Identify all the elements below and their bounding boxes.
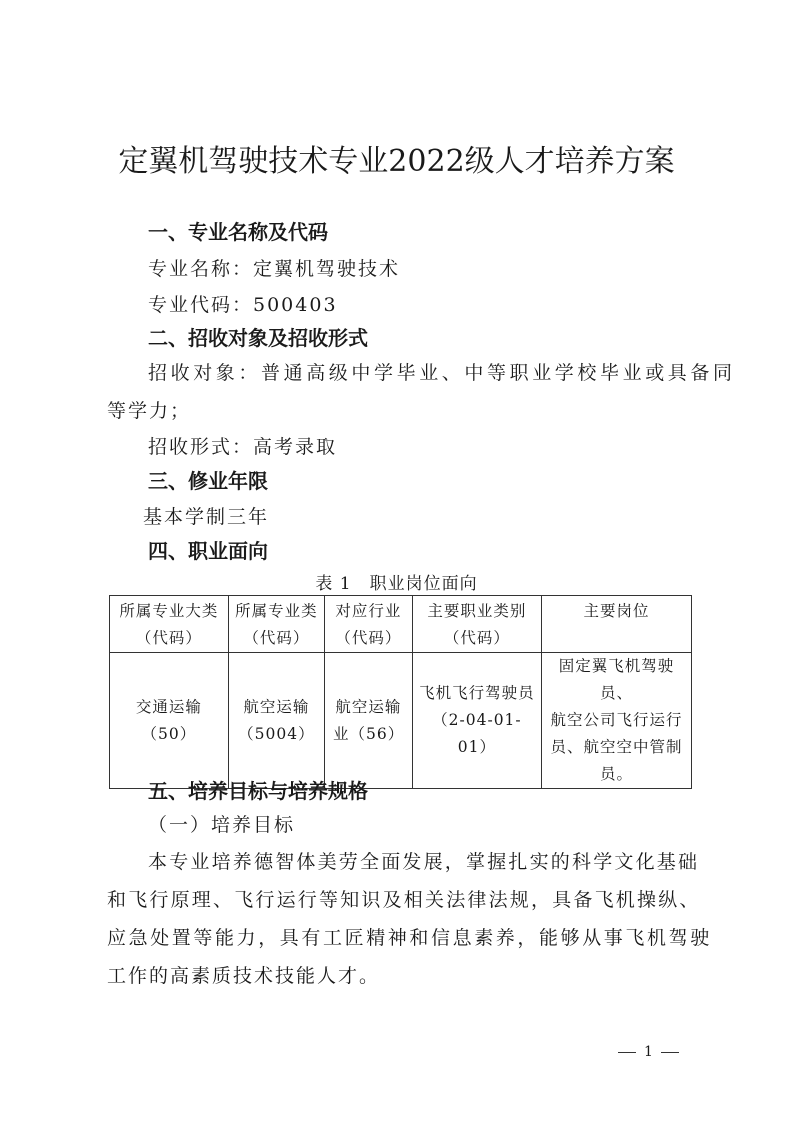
header-text: 主要职业类别	[415, 598, 539, 625]
header-cell: 所属专业大类 （代码）	[110, 596, 229, 653]
major-name: 专业名称：定翼机驾驶技术	[148, 254, 400, 281]
objective-line4: 工作的高素质技术技能人才。	[107, 961, 380, 988]
header-cell: 主要岗位	[542, 596, 692, 653]
objective-line3: 应急处置等能力，具有工匠精神和信息素养，能够从事飞机驾驶	[107, 923, 712, 950]
table-header-row: 所属专业大类 （代码） 所属专业类 （代码） 对应行业 （代码） 主要职业类别 …	[110, 596, 692, 653]
section-heading-3: 三、修业年限	[148, 465, 268, 494]
major-code: 专业代码：500403	[148, 290, 338, 317]
cell-text: 员、航空空中管制	[544, 734, 689, 761]
header-cell: 对应行业 （代码）	[324, 596, 412, 653]
section-heading-2: 二、招收对象及招收形式	[148, 322, 368, 351]
objective-line2: 和飞行原理、飞行运行等知识及相关法律法规，具备飞机操纵、	[107, 885, 701, 912]
cell-code: （50）	[112, 721, 226, 748]
section-heading-5: 五、培养目标与培养规格	[148, 775, 368, 804]
cell-text: 航空公司飞行运行	[544, 707, 689, 734]
header-text: 所属专业类	[231, 598, 322, 625]
header-code: （代码）	[112, 625, 226, 652]
page-number: 1	[610, 1044, 687, 1060]
header-code: （代码）	[231, 625, 322, 652]
header-cell: 所属专业类 （代码）	[228, 596, 324, 653]
table-cell: 固定翼飞机驾驶员、 航空公司飞行运行 员、航空空中管制 员。	[542, 653, 692, 789]
header-text: 主要岗位	[544, 598, 689, 625]
dash-right	[661, 1052, 679, 1053]
cell-code: （2-04-01- 01）	[415, 707, 539, 761]
cell-code: 业（56）	[327, 721, 410, 748]
study-duration: 基本学制三年	[143, 502, 269, 529]
cell-text: 航空运输	[231, 694, 322, 721]
header-code: （代码）	[327, 625, 410, 652]
header-cell: 主要职业类别 （代码）	[412, 596, 541, 653]
cell-text: 飞机飞行驾驶员	[415, 680, 539, 707]
section-heading-1: 一、专业名称及代码	[148, 216, 328, 245]
subsection-heading-1: （一）培养目标	[148, 810, 295, 837]
page-number-text: 1	[644, 1044, 653, 1060]
table-cell: 航空运输 业（56）	[324, 653, 412, 789]
table-caption: 表 1 职业岗位面向	[0, 569, 793, 594]
enrollment-target-line2: 等学力；	[107, 396, 191, 423]
document-title: 定翼机驾驶技术专业2022级人才培养方案	[0, 136, 793, 180]
section-heading-4: 四、职业面向	[148, 535, 268, 564]
header-text: 所属专业大类	[112, 598, 226, 625]
dash-left	[618, 1052, 636, 1053]
table-cell: 交通运输 （50）	[110, 653, 229, 789]
cell-text: 航空运输	[327, 694, 410, 721]
table-cell: 飞机飞行驾驶员 （2-04-01- 01）	[412, 653, 541, 789]
career-table: 所属专业大类 （代码） 所属专业类 （代码） 对应行业 （代码） 主要职业类别 …	[109, 595, 692, 789]
enrollment-form: 招收形式：高考录取	[148, 432, 337, 459]
header-text: 对应行业	[327, 598, 410, 625]
cell-text: 交通运输	[112, 694, 226, 721]
cell-code: （5004）	[231, 721, 322, 748]
table-row: 交通运输 （50） 航空运输 （5004） 航空运输 业（56） 飞机飞行驾驶员…	[110, 653, 692, 789]
header-code: （代码）	[415, 625, 539, 652]
cell-text: 员。	[544, 761, 689, 788]
enrollment-target-line1: 招收对象：普通高级中学毕业、中等职业学校毕业或具备同	[148, 358, 736, 385]
table-cell: 航空运输 （5004）	[228, 653, 324, 789]
cell-text: 固定翼飞机驾驶员、	[544, 653, 689, 707]
objective-line1: 本专业培养德智体美劳全面发展，掌握扎实的科学文化基础	[148, 847, 699, 874]
